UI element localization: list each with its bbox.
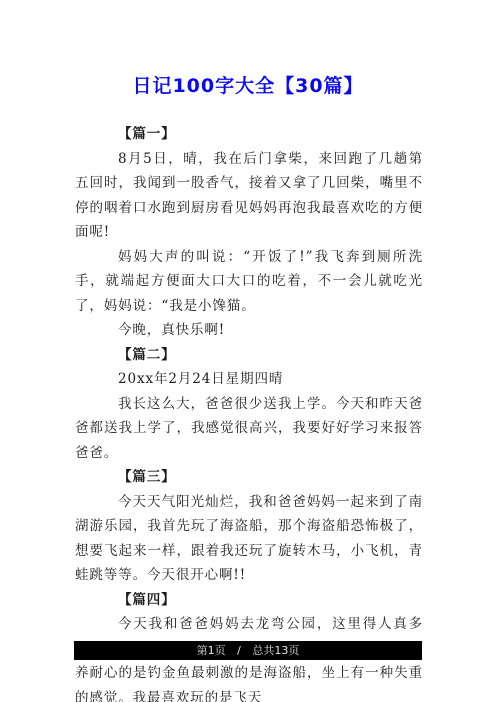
page-separator: /	[237, 644, 241, 657]
section-heading: 【篇一】	[75, 122, 423, 147]
section-heading: 【篇三】	[75, 465, 423, 490]
document-title: 日记100字大全【30篇】	[0, 71, 496, 98]
paragraph: 8月5日，晴，我在后门拿柴，来回跑了几趟第五回时，我闻到一股香气，接着又拿了几回…	[75, 147, 423, 245]
total-pages: 总共13页	[252, 644, 299, 657]
paragraph: 20xx年2月24日星期四晴	[75, 367, 423, 392]
section-heading: 【篇二】	[75, 343, 423, 368]
paragraph: 我长这么大，爸爸很少送我上学。今天和昨天爸爸都送我上学了，我感觉很高兴，我要好好…	[75, 392, 423, 466]
paragraph: 今晚，真快乐啊!	[75, 318, 423, 343]
paragraph: 妈妈大声的叫说：“开饭了!”我飞奔到厕所洗手，就端起方便面大口大口的吃着，不一会…	[75, 245, 423, 319]
section-heading: 【篇四】	[75, 588, 423, 613]
current-page: 第1页	[197, 644, 226, 657]
document-body: 【篇一】 8月5日，晴，我在后门拿柴，来回跑了几趟第五回时，我闻到一股香气，接着…	[75, 122, 423, 702]
paragraph: 今天天气阳光灿烂，我和爸爸妈妈一起来到了南湖游乐园，我首先玩了海盗船，那个海盗船…	[75, 490, 423, 588]
page-indicator-bar: 第1页 / 总共13页	[74, 641, 422, 660]
